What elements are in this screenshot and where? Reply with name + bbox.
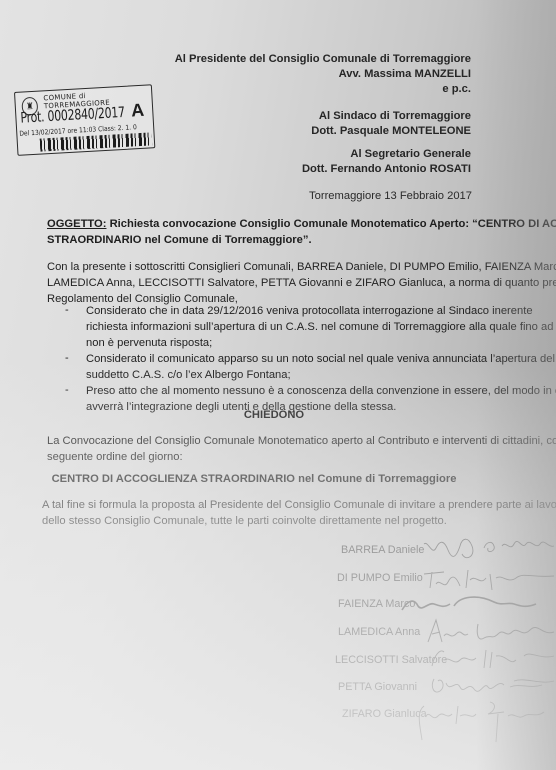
protocol-stamp: ♜ COMUNE di TORREMAGGIORE Prot. 0002840/…	[14, 84, 155, 156]
addressee-secretary: Al Segretario Generale Dott. Fernando An…	[302, 147, 471, 177]
request-heading: CHIEDONO	[0, 409, 552, 421]
subject-line-2: STRAORDINARIO nel Comune di Torremaggior…	[47, 232, 312, 248]
agenda-item: CENTRO DI ACCOGLIENZA STRAORDINARIO nel …	[0, 473, 532, 485]
signatory-name: DI PUMPO Emilio	[337, 572, 423, 584]
bullet-marker: -	[65, 384, 69, 396]
subject-line-1: OGGETTO: Richiesta convocazione Consigli…	[47, 216, 556, 232]
signatory-name: BARREA Daniele	[341, 544, 424, 556]
consideration-1: Considerato che in data 29/12/2016 veniv…	[86, 303, 514, 351]
scanned-letter-page: ♜ COMUNE di TORREMAGGIORE Prot. 0002840/…	[0, 0, 556, 770]
closing-paragraph: A tal fine si formula la proposta al Pre…	[42, 497, 508, 529]
bullet-marker: -	[65, 352, 69, 364]
bullet-marker: -	[65, 304, 69, 316]
handwritten-signature-icon	[414, 700, 556, 744]
subject-label: OGGETTO:	[47, 218, 106, 230]
signature-row: FAIENZA Marco	[330, 590, 556, 618]
signature-row: BARREA Daniele	[330, 536, 556, 564]
signature-row: PETTA Giovanni	[330, 673, 556, 701]
handwritten-signature-icon	[430, 646, 556, 676]
signatory-name: PETTA Giovanni	[338, 681, 417, 693]
consideration-2: Considerato il comunicato apparso su un …	[86, 351, 514, 383]
handwritten-signature-icon	[398, 590, 538, 620]
signatory-name: LAMEDICA Anna	[338, 626, 420, 638]
signature-row: ZIFARO Gianluca	[330, 700, 556, 728]
place-date: Torremaggiore 13 Febbraio 2017	[309, 188, 472, 204]
addressee-president: Al Presidente del Consiglio Comunale di …	[175, 52, 471, 82]
addressee-cc: e p.c.	[442, 82, 471, 97]
signature-row: LAMEDICA Anna	[330, 618, 556, 646]
signature-row: DI PUMPO Emilio	[330, 564, 556, 592]
handwritten-signature-icon	[430, 673, 556, 703]
intro-paragraph: Con la presente i sottoscritti Consiglie…	[47, 259, 513, 307]
stamp-letter: A	[131, 100, 145, 122]
addressee-mayor: Al Sindaco di Torremaggiore Dott. Pasqua…	[311, 109, 471, 139]
request-body: La Convocazione del Consiglio Comunale M…	[47, 433, 513, 465]
signature-row: LECCISOTTI Salvatore	[330, 646, 556, 674]
